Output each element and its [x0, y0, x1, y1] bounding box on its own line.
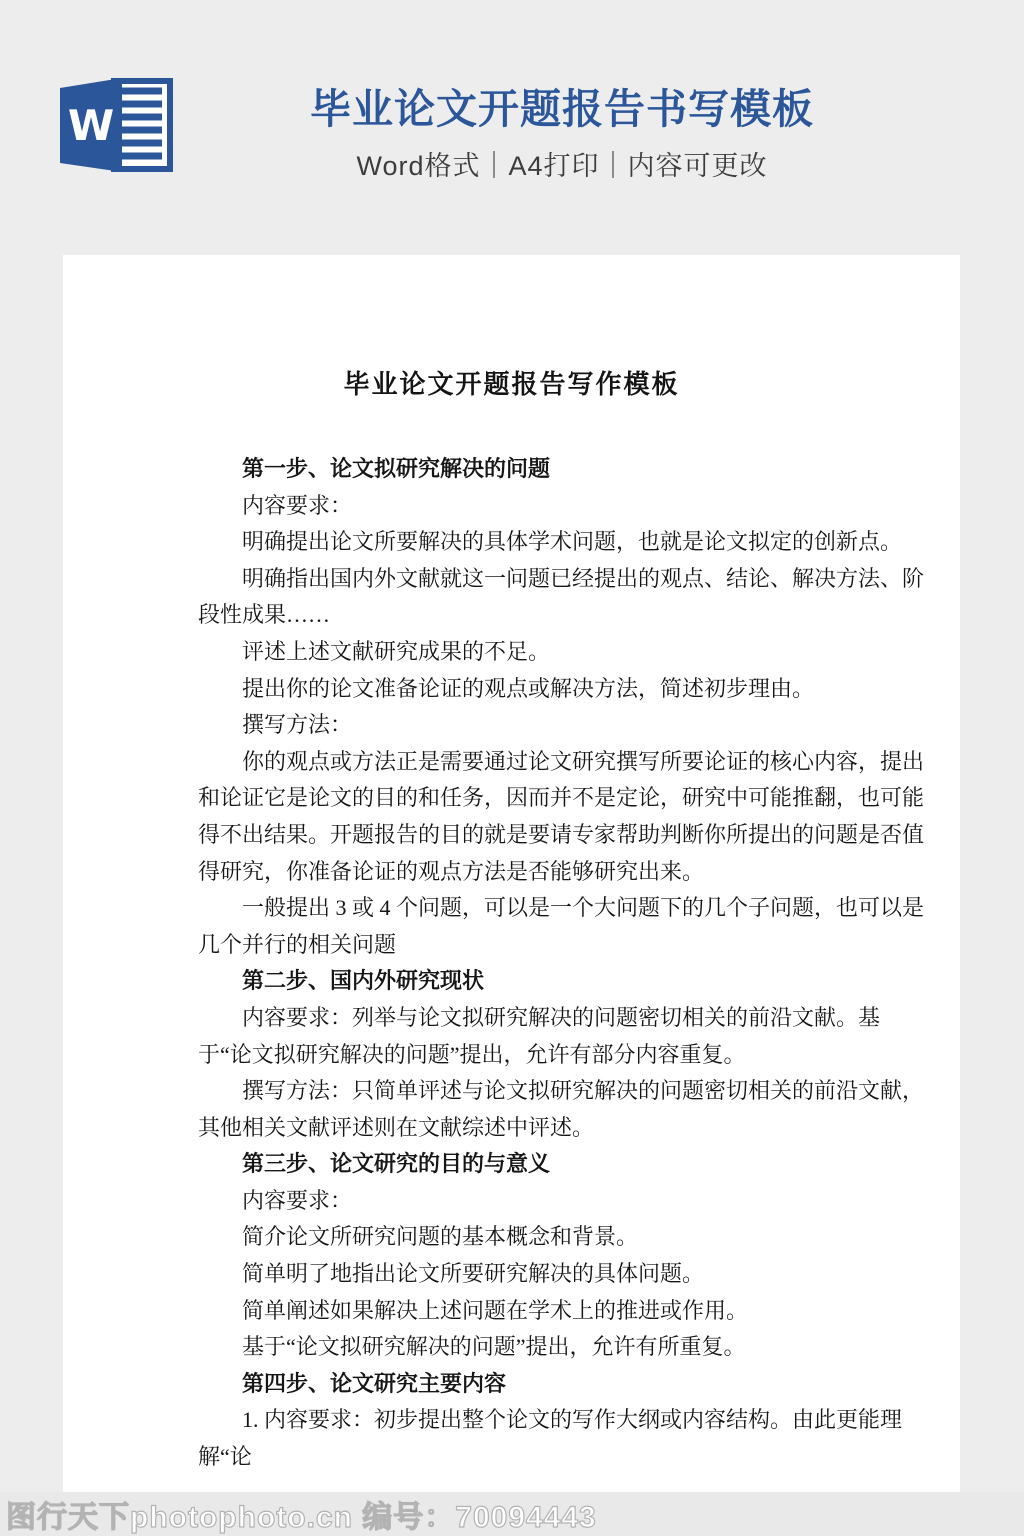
- document-paragraph: 1. 内容要求：初步提出整个论文的写作大纲或内容结构。由此更能理解“论: [198, 1402, 925, 1475]
- document-paragraph: 明确提出论文所要解决的具体学术问题，也就是论文拟定的创新点。: [198, 524, 925, 561]
- document-paragraph: 简介论文所研究问题的基本概念和背景。: [198, 1219, 925, 1256]
- section-heading: 第三步、论文研究的目的与意义: [198, 1146, 925, 1183]
- header: W 毕业论文开题报告书写模板 Word格式｜A4打印｜内容可更改: [0, 0, 1024, 255]
- document-paragraph: 撰写方法：: [198, 707, 925, 744]
- document-paragraph: 明确指出国内外文献就这一问题已经提出的观点、结论、解决方法、阶段性成果……: [198, 561, 925, 634]
- document-paragraph: 内容要求：: [198, 488, 925, 525]
- watermark-text: 图行天下photophoto.cn 编号：70094443: [6, 1492, 597, 1536]
- document-paragraph: 提出你的论文准备论证的观点或解决方法，简述初步理由。: [198, 671, 925, 708]
- poster-subtitle: Word格式｜A4打印｜内容可更改: [100, 144, 1024, 183]
- document-paragraph: 你的观点或方法正是需要通过论文研究撰写所要论证的核心内容，提出和论证它是论文的目…: [198, 744, 925, 890]
- section-heading: 第一步、论文拟研究解决的问题: [198, 451, 925, 488]
- document-paragraph: 简单阐述如果解决上述问题在学术上的推进或作用。: [198, 1293, 925, 1330]
- header-text-block: 毕业论文开题报告书写模板 Word格式｜A4打印｜内容可更改: [100, 86, 1024, 183]
- document-page: 毕业论文开题报告写作模板 第一步、论文拟研究解决的问题内容要求：明确提出论文所要…: [63, 255, 960, 1536]
- document-body: 第一步、论文拟研究解决的问题内容要求：明确提出论文所要解决的具体学术问题，也就是…: [198, 451, 925, 1476]
- document-title: 毕业论文开题报告写作模板: [63, 369, 960, 401]
- document-paragraph: 评述上述文献研究成果的不足。: [198, 634, 925, 671]
- document-paragraph: 撰写方法：只简单评述与论文拟研究解决的问题密切相关的前沿文献，其他相关文献评述则…: [198, 1073, 925, 1146]
- document-paragraph: 内容要求：: [198, 1183, 925, 1220]
- document-paragraph: 简单明了地指出论文所要研究解决的具体问题。: [198, 1256, 925, 1293]
- watermark-bar: 图行天下photophoto.cn 编号：70094443: [0, 1492, 1024, 1536]
- poster-title: 毕业论文开题报告书写模板: [100, 86, 1024, 132]
- template-preview-poster: W 毕业论文开题报告书写模板 Word格式｜A4打印｜内容可更改 毕业论文开题报…: [0, 0, 1024, 1536]
- document-paragraph: 内容要求：列举与论文拟研究解决的问题密切相关的前沿文献。基于“论文拟研究解决的问…: [198, 1000, 925, 1073]
- document-paragraph: 基于“论文拟研究解决的问题”提出，允许有所重复。: [198, 1329, 925, 1366]
- section-heading: 第四步、论文研究主要内容: [198, 1366, 925, 1403]
- document-paragraph: 一般提出 3 或 4 个问题，可以是一个大问题下的几个子问题，也可以是几个并行的…: [198, 890, 925, 963]
- section-heading: 第二步、国内外研究现状: [198, 963, 925, 1000]
